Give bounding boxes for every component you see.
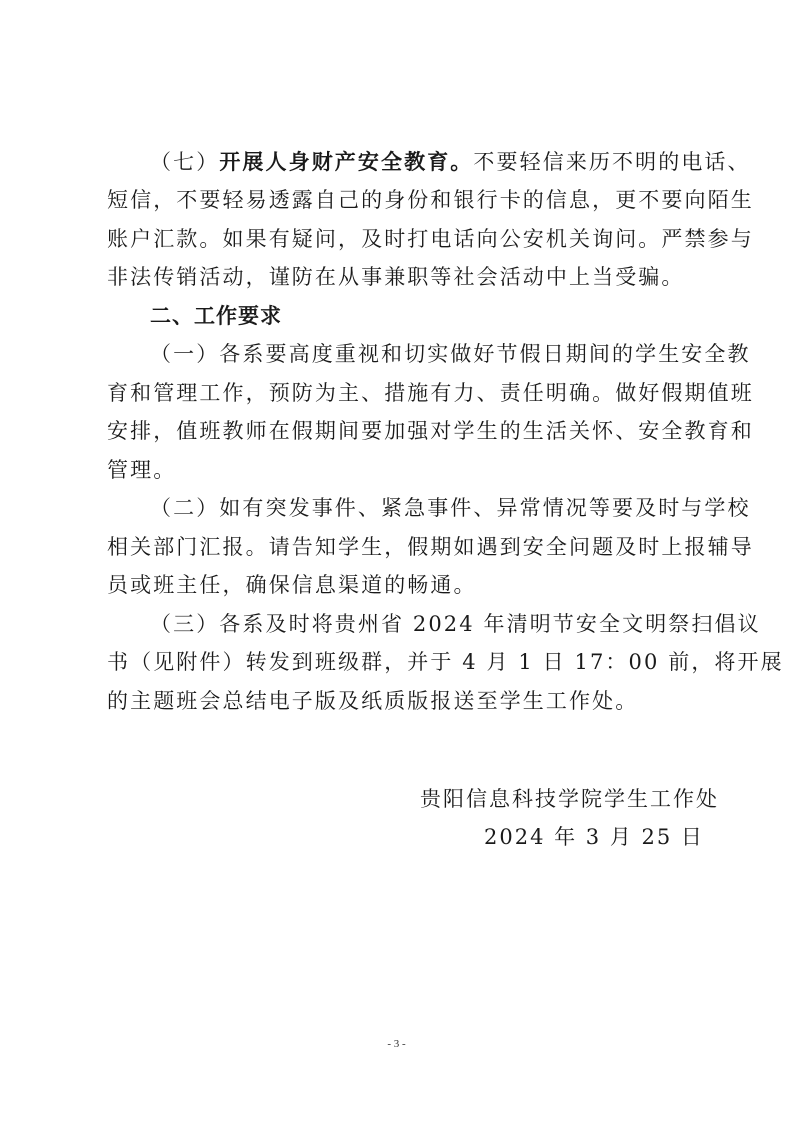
section7-label: （七） bbox=[150, 150, 219, 174]
section7-title: 开展人身财产安全教育。 bbox=[219, 150, 473, 174]
section7-text: 不要轻信来历不明的电话、 bbox=[473, 150, 750, 174]
requirement-item-1-line: （一）各系要高度重视和切实做好节假日期间的学生安全教 bbox=[150, 340, 703, 368]
signature-organization: 贵阳信息科技学院学生工作处 bbox=[420, 785, 719, 813]
requirement-item-1-line: 安排，值班教师在假期间要加强对学生的生活关怀、安全教育和 bbox=[107, 417, 703, 445]
requirement-item-2-line: （二）如有突发事件、紧急事件、异常情况等要及时与学校 bbox=[150, 494, 703, 522]
requirement-item-2-line: 员或班主任，确保信息渠道的畅通。 bbox=[107, 571, 703, 599]
page-number: - 3 - bbox=[0, 1038, 793, 1050]
requirement-item-3-line: （三）各系及时将贵州省 2024 年清明节安全文明祭扫倡议 bbox=[150, 610, 703, 638]
requirement-item-2-line: 相关部门汇报。请告知学生，假期如遇到安全问题及时上报辅导 bbox=[107, 533, 703, 561]
signature-date: 2024 年 3 月 25 日 bbox=[484, 823, 704, 851]
document-page: （七）开展人身财产安全教育。不要轻信来历不明的电话、 短信，不要轻易透露自己的身… bbox=[0, 0, 793, 1122]
section7-line: 非法传销活动，谨防在从事兼职等社会活动中上当受骗。 bbox=[107, 263, 703, 291]
section7-line: 账户汇款。如果有疑问，及时打电话向公安机关询问。严禁参与 bbox=[107, 225, 703, 253]
requirement-item-3-line: 的主题班会总结电子版及纸质版报送至学生工作处。 bbox=[107, 687, 703, 715]
section7-line: 短信，不要轻易透露自己的身份和银行卡的信息，更不要向陌生 bbox=[107, 186, 703, 214]
section7-first-line: （七）开展人身财产安全教育。不要轻信来历不明的电话、 bbox=[150, 148, 703, 176]
requirement-item-1-line: 育和管理工作，预防为主、措施有力、责任明确。做好假期值班 bbox=[107, 379, 703, 407]
requirement-item-3-line: 书（见附件）转发到班级群，并于 4 月 1 日 17：00 前，将开展 bbox=[107, 648, 703, 676]
requirements-heading: 二、工作要求 bbox=[150, 302, 703, 330]
requirement-item-1-line: 管理。 bbox=[107, 456, 703, 484]
